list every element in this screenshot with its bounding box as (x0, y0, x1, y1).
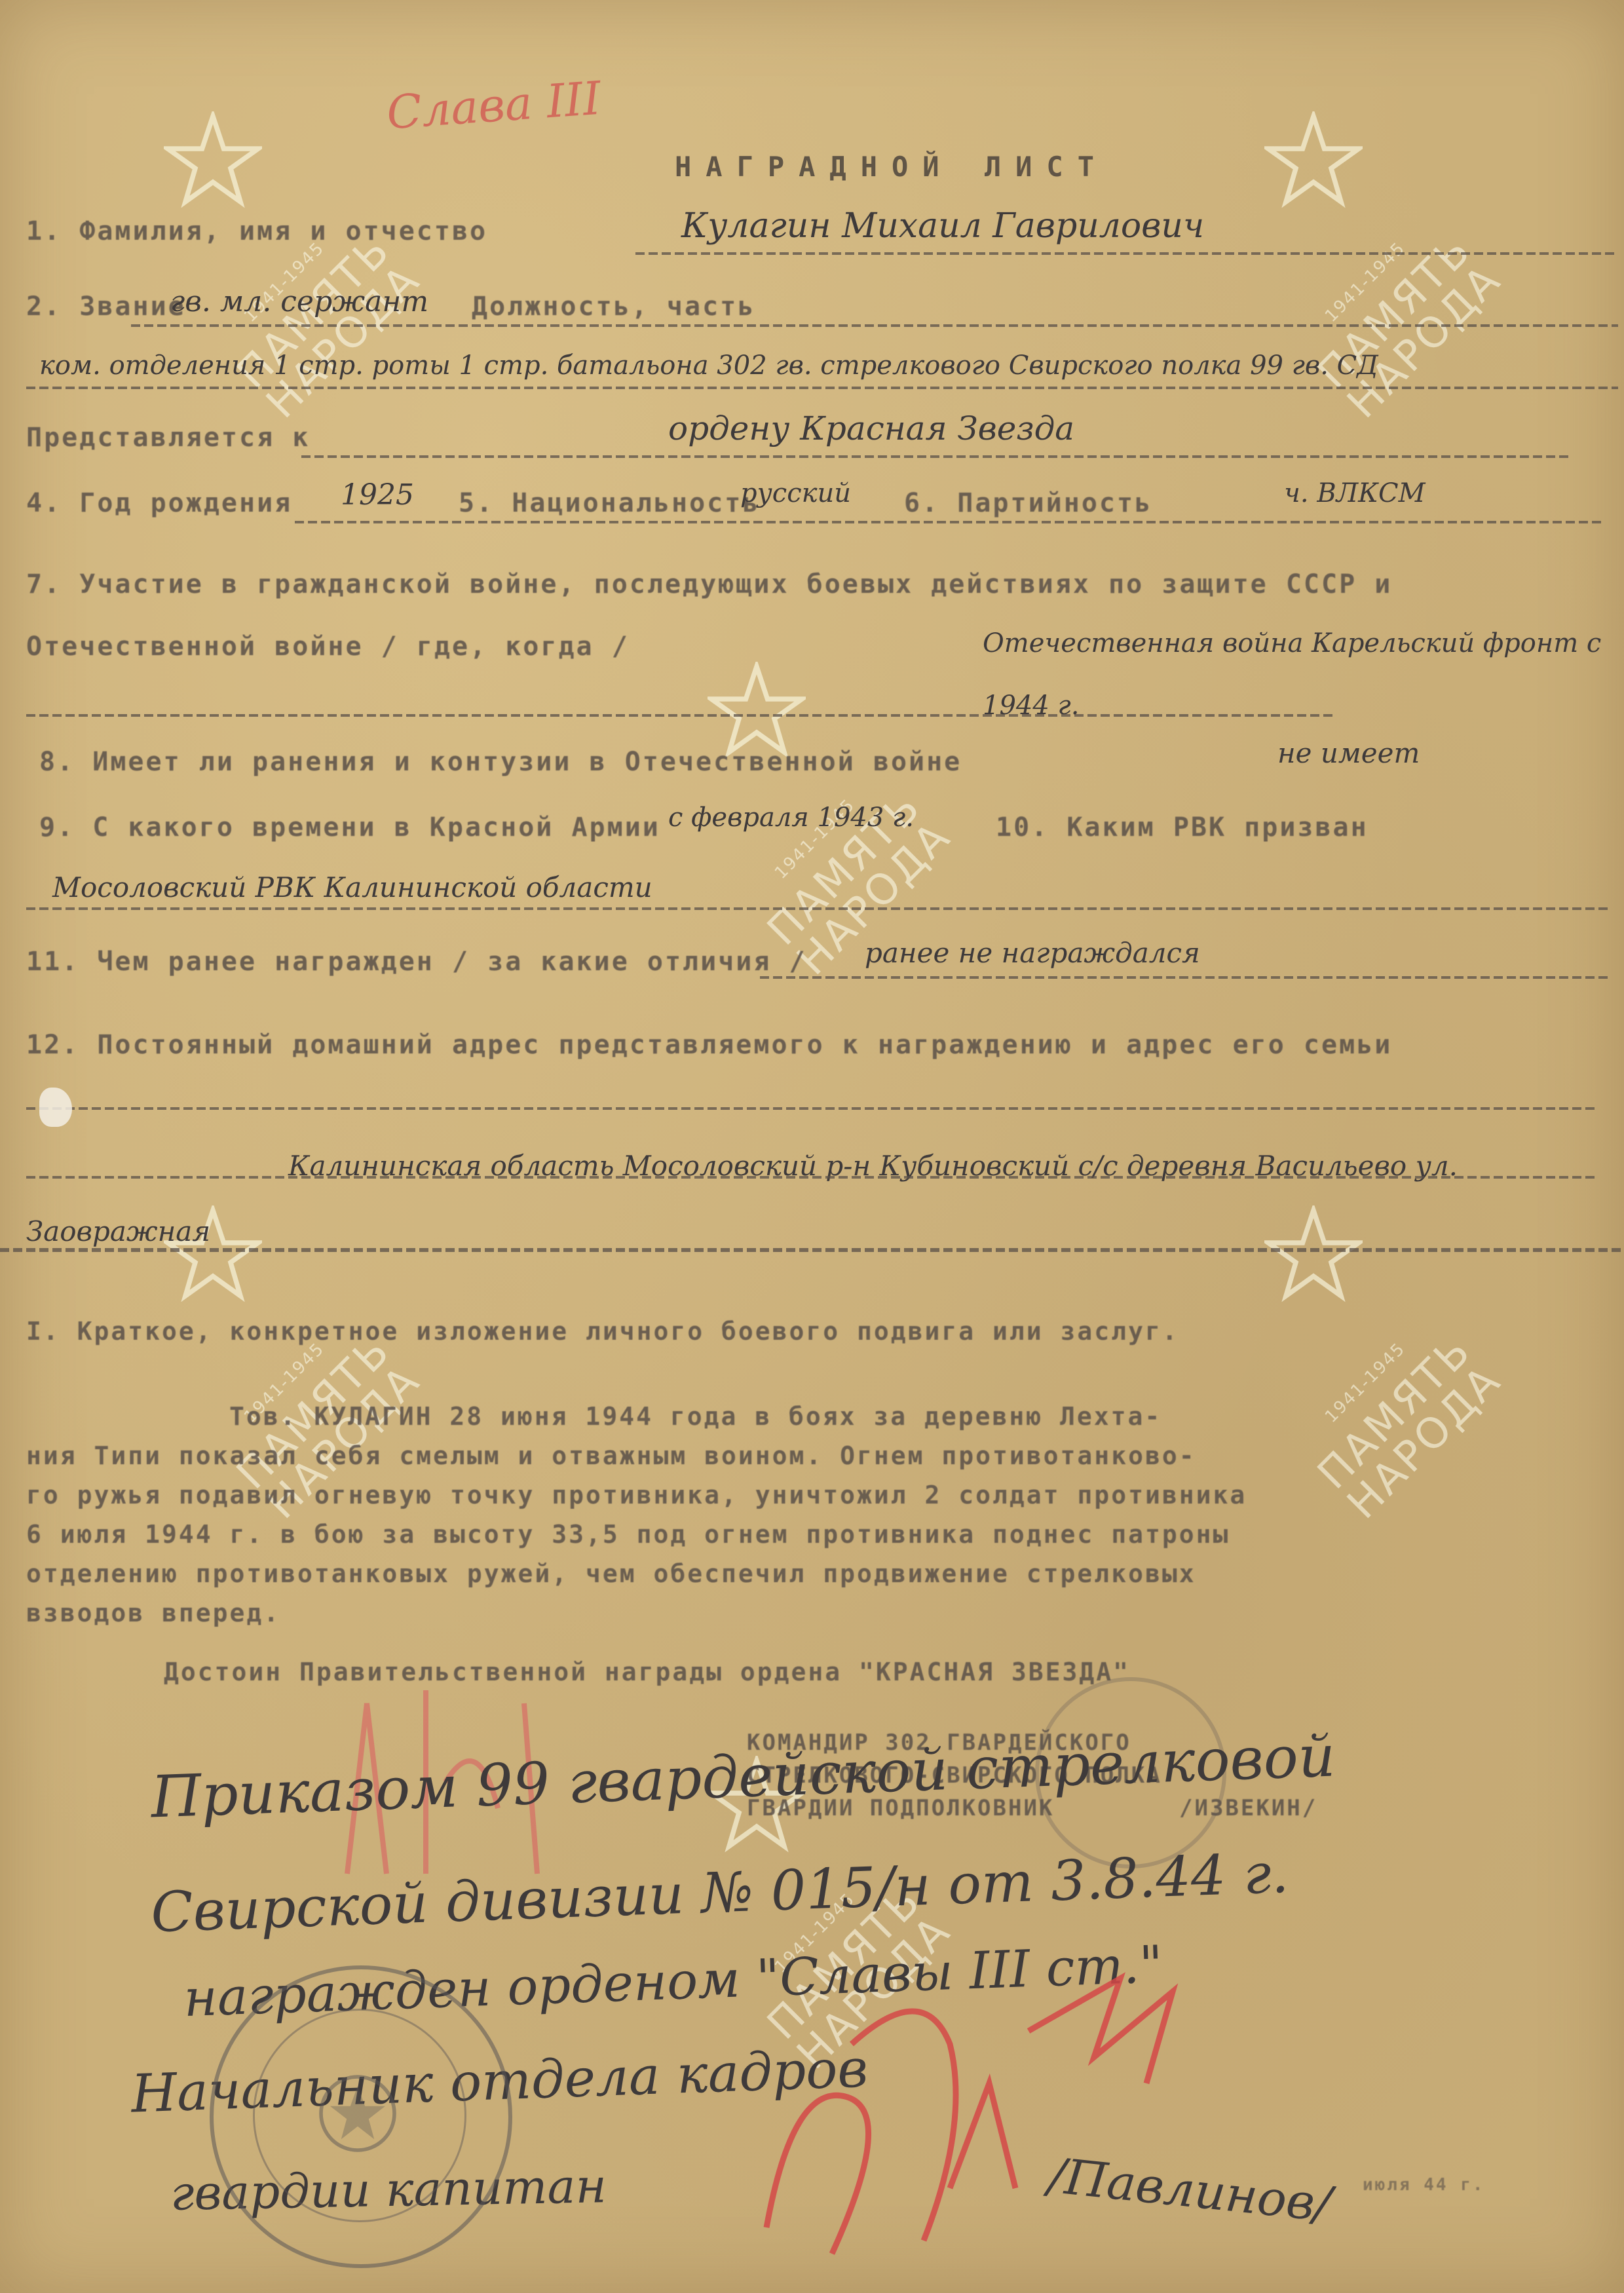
section-divider (0, 1248, 1624, 1252)
underline (26, 1176, 1598, 1179)
field-value-birth-year: 1925 (341, 478, 414, 512)
underline (301, 455, 1572, 458)
field-label: Представляется к (26, 423, 310, 453)
field-label: 6. Партийность (904, 488, 1152, 518)
underline (26, 387, 1618, 389)
underline (295, 521, 1605, 523)
field-value-rvk: Мосоловский РВК Калининской области (52, 871, 652, 903)
narrative-line: 6 июля 1944 г. в бою за высоту 33,5 под … (26, 1520, 1230, 1549)
watermark-text: 1941-1945ПАМЯТЬНАРОДА (1281, 199, 1509, 426)
field-label: 5. Национальность (459, 488, 760, 518)
narrative-line: отделению противотанковых ружей, чем обе… (26, 1559, 1196, 1588)
field-value-nationality: русский (740, 478, 851, 508)
field-value-prior-awards: ранее не награждался (865, 937, 1200, 969)
watermark-text: 1941-1945ПАМЯТЬНАРОДА (1281, 1299, 1509, 1526)
section-heading: I. Краткое, конкретное изложение личного… (26, 1317, 1179, 1346)
underline (760, 976, 1612, 979)
watermark-star-icon (1264, 111, 1363, 210)
field-value-war: Отечественная война Карельский фронт с 1… (983, 613, 1605, 737)
underline (635, 252, 1618, 255)
field-label: 12. Постоянный домашний адрес представля… (26, 1012, 1598, 1078)
field-label: 2. Звание (26, 292, 186, 322)
emblem-icon (312, 2068, 404, 2159)
field-value-address: Калининская область Мосоловский р-н Куби… (26, 1133, 1598, 1264)
field-label: 10. Каким РВК призван (996, 812, 1369, 843)
field-value-name: Кулагин Михаил Гаврилович (681, 206, 1204, 246)
field-value-since: с февраля 1943 г. (668, 803, 914, 833)
field-value-unit: ком. отделения 1 стр. роты 1 стр. баталь… (39, 351, 1378, 381)
handwritten-order-line: Свирской дивизии № 015/н от 3.8.44 г. (150, 1841, 1290, 1945)
paper-tear (39, 1088, 72, 1127)
underline (26, 1107, 1598, 1110)
margin-date: июля 44 г. (1363, 2175, 1485, 2195)
field-label: 11. Чем ранее награжден / за какие отлич… (26, 947, 807, 977)
field-value-party: ч. ВЛКСМ (1284, 478, 1426, 508)
narrative-line: взводов вперед. (26, 1599, 280, 1627)
document-title: НАГРАДНОЙ ЛИСТ (675, 151, 1108, 183)
field-value-rank: гв. мл. сержант (170, 285, 428, 318)
field-label: 8. Имеет ли ранения и контузии в Отечест… (39, 747, 962, 777)
field-label: Должность, часть (472, 292, 755, 322)
field-label: 1. Фамилия, имя и отчество (26, 216, 487, 246)
narrative-line: ния Типи показал себя смелым и отважным … (26, 1441, 1196, 1470)
field-label: 4. Год рождения (26, 488, 292, 518)
field-value-award: ордену Красная Звезда (668, 409, 1074, 447)
underline (26, 907, 1612, 910)
narrative-line: Тов. КУЛАГИН 28 июня 1944 года в боях за… (229, 1402, 1161, 1431)
field-value-wounds: не имеет (1277, 737, 1420, 769)
corner-note: Слава III (385, 71, 603, 140)
underline (26, 714, 1336, 717)
official-seal (210, 1965, 512, 2268)
field-label: 9. С какого времени в Красной Армии (39, 812, 660, 843)
underline (131, 324, 1618, 327)
narrative-line: го ружья подавил огневую точку противник… (26, 1481, 1247, 1509)
watermark-star-icon (164, 111, 262, 210)
